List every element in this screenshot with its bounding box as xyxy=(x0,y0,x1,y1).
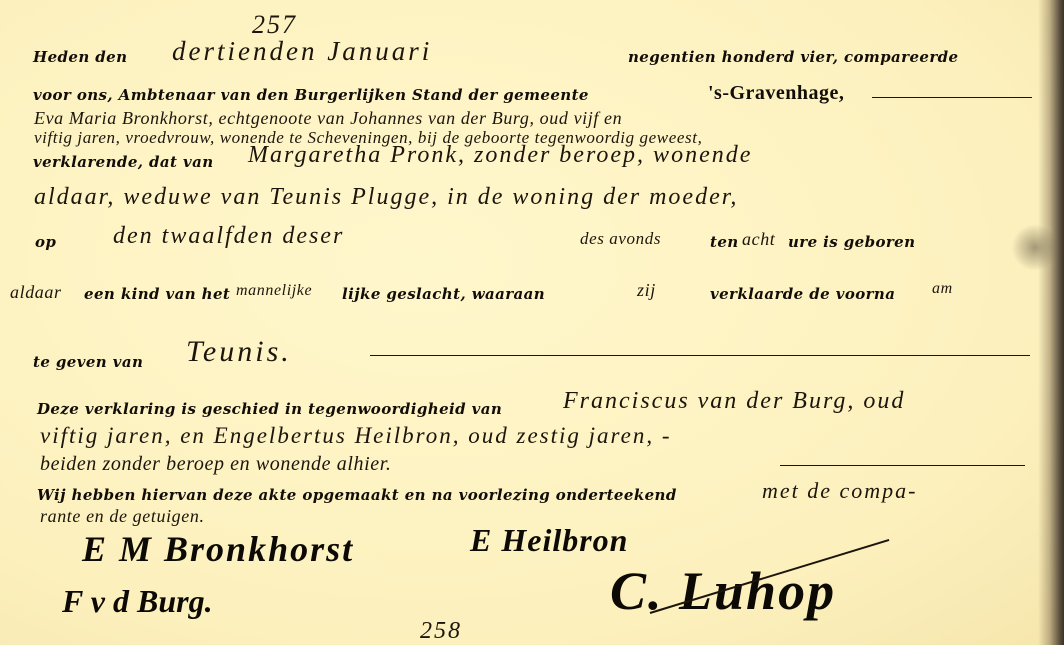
handwritten-mother: Margaretha Pronk, zonder beroep, wonende xyxy=(248,142,752,169)
ink-smudge xyxy=(1010,225,1060,270)
printed-deze-verklaring: Deze verklaring is geschied in tegenwoor… xyxy=(37,400,502,418)
printed-op: op xyxy=(35,233,56,251)
handwritten-declarant: Eva Maria Bronkhorst, echtgenoote van Jo… xyxy=(34,108,622,129)
page-number-bottom: 258 xyxy=(420,618,462,645)
printed-te-geven-van: te geven van xyxy=(33,353,143,371)
handwritten-hour: acht xyxy=(742,229,775,250)
printed-geslacht: lijke geslacht, waaraan xyxy=(342,285,545,303)
handwritten-zij: zij xyxy=(637,280,656,301)
handwritten-rante-getuigen: rante en de getuigen. xyxy=(40,506,205,527)
fill-line xyxy=(370,355,1030,356)
handwritten-sex: mannelijke xyxy=(236,282,312,300)
page-binding-edge xyxy=(1038,0,1064,645)
handwritten-date: dertienden Januari xyxy=(172,36,432,67)
fill-line xyxy=(872,97,1032,98)
handwritten-mother-details: aldaar, weduwe van Teunis Plugge, in de … xyxy=(34,184,738,211)
printed-heden-den: Heden den xyxy=(33,48,127,66)
printed-voor-ons: voor ons, Ambtenaar van den Burgerlijken… xyxy=(33,86,589,104)
handwritten-met-de-compa: met de compa- xyxy=(762,478,918,504)
printed-verklaarde: verklaarde de voorna xyxy=(710,285,895,303)
handwritten-voornaam-end: am xyxy=(932,280,953,298)
printed-year-compareerde: negentien honderd vier, compareerde xyxy=(628,48,959,66)
handwritten-birth-date: den twaalfden deser xyxy=(113,223,344,250)
handwritten-aldaar: aldaar xyxy=(10,282,62,303)
fill-line xyxy=(780,465,1025,466)
handwritten-time-of-day: des avonds xyxy=(580,229,661,249)
municipality-name: 's-Gravenhage, xyxy=(708,82,844,105)
handwritten-child-name: Teunis. xyxy=(186,335,292,369)
printed-ten: ten xyxy=(710,233,739,251)
printed-ure-geboren: ure is geboren xyxy=(788,233,915,251)
handwritten-witness-details: beiden zonder beroep en wonende alhier. xyxy=(40,453,391,476)
signature-heilbron: E Heilbron xyxy=(470,522,628,559)
handwritten-witness-2: viftig jaren, en Engelbertus Heilbron, o… xyxy=(40,423,672,449)
printed-wij-hebben: Wij hebben hiervan deze akte opgemaakt e… xyxy=(37,486,677,504)
signature-bronkhorst: E M Bronkhorst xyxy=(82,528,354,570)
printed-verklarende: verklarende, dat van xyxy=(33,153,214,171)
printed-een-kind: een kind van het xyxy=(84,285,230,303)
signature-van-der-burg: F v d Burg. xyxy=(62,583,213,620)
handwritten-witness-1: Franciscus van der Burg, oud xyxy=(563,388,905,415)
